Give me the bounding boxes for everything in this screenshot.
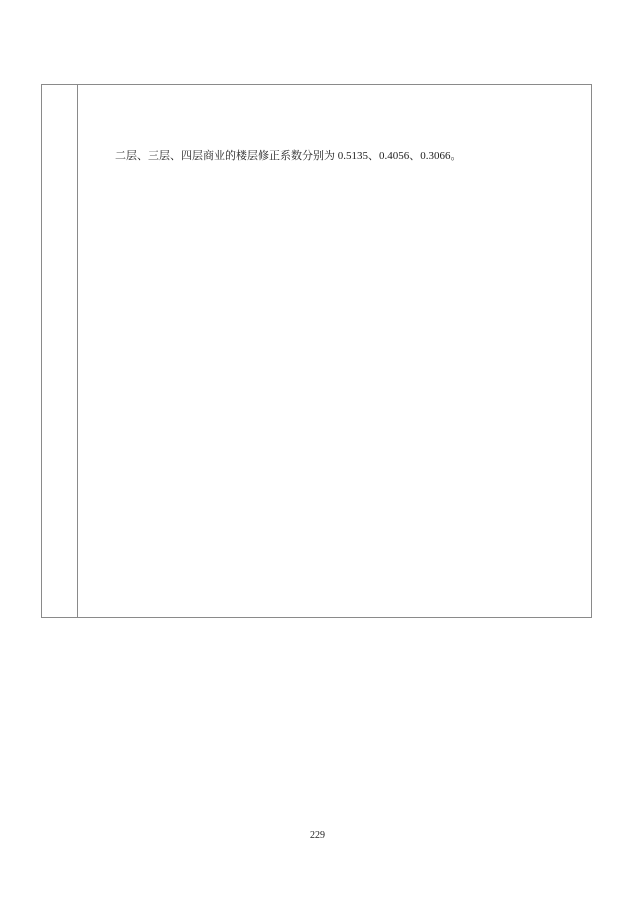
page-number: 229	[0, 830, 635, 841]
floor-correction-coefficient-text: 二层、三层、四层商业的楼层修正系数分别为 0.5135、0.4056、0.306…	[115, 149, 462, 163]
table-left-column	[42, 85, 78, 617]
content-table: 二层、三层、四层商业的楼层修正系数分别为 0.5135、0.4056、0.306…	[41, 84, 592, 618]
